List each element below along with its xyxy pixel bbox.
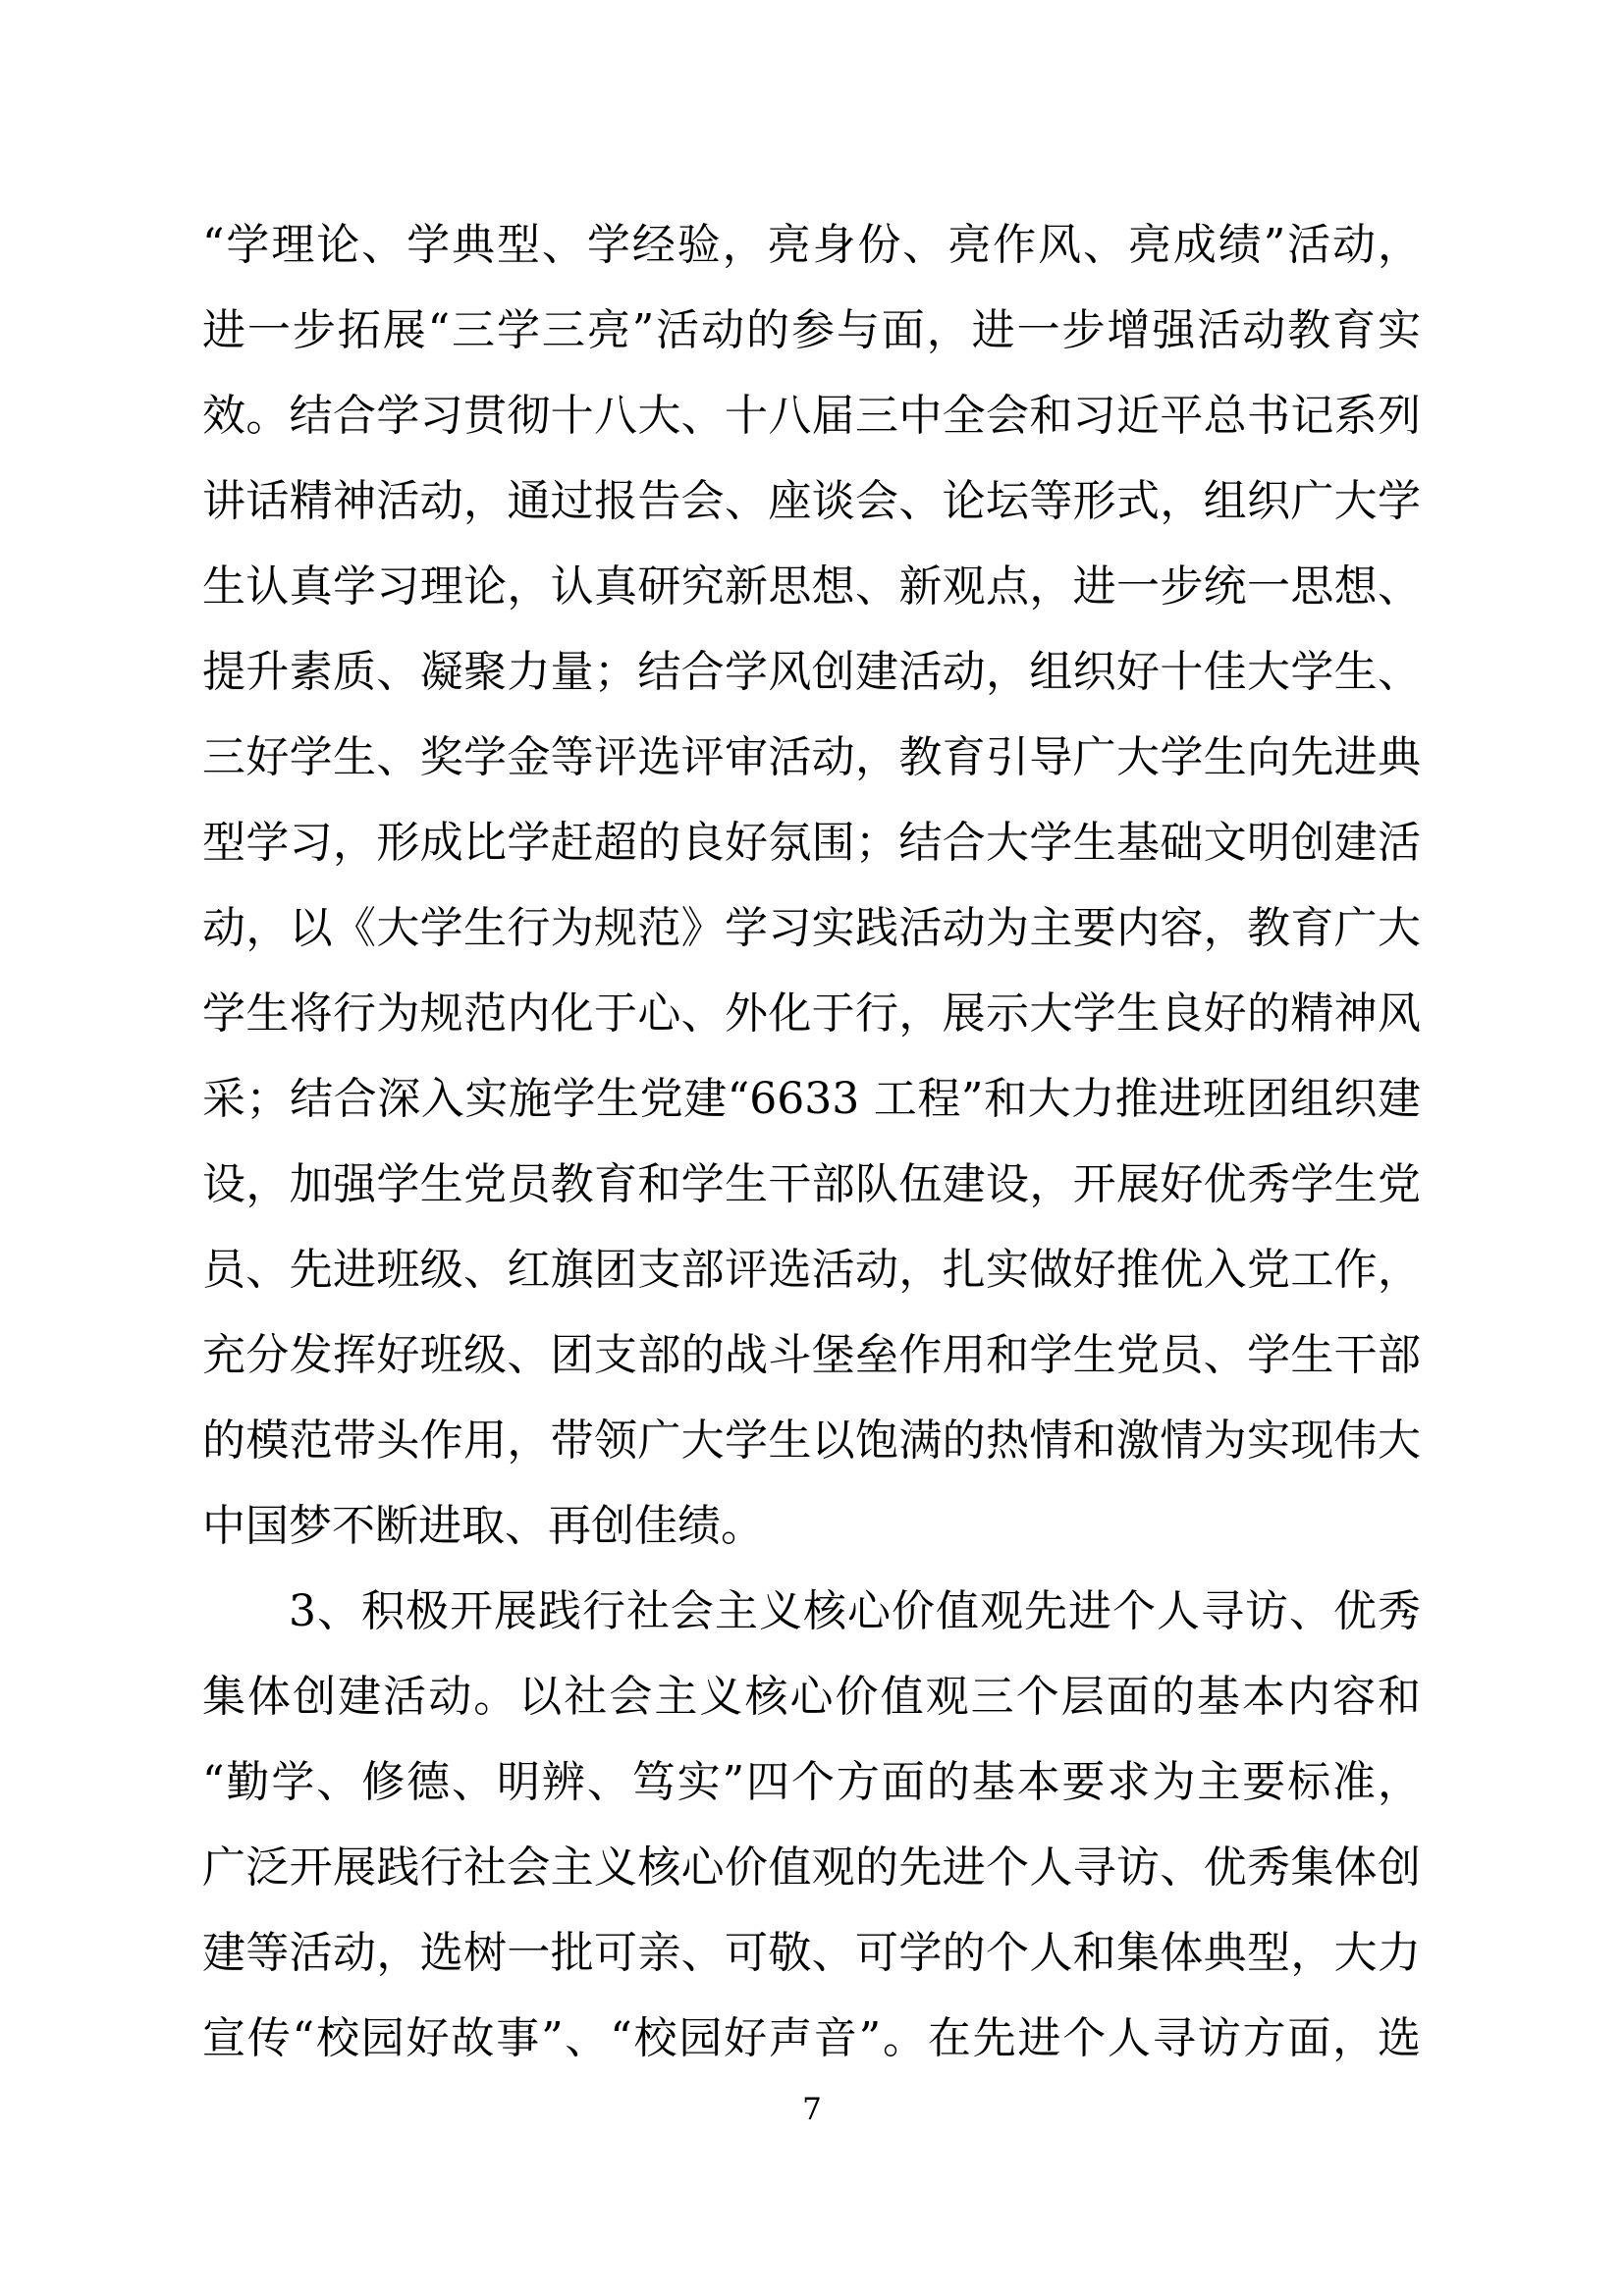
text-line: 讲话精神活动，通过报告会、座谈会、论坛等形式，组织广大学 — [202, 458, 1421, 544]
text-line: 建等活动，选树一批可亲、可敬、可学的个人和集体典型，大力 — [202, 1910, 1421, 1996]
text-line: 的模范带头作用，带领广大学生以饱满的热情和激情为实现伟大 — [202, 1398, 1421, 1483]
text-line: 采；结合深入实施学生党建“6633 工程”和大力推进班团组织建 — [202, 1056, 1421, 1142]
body-text-block: “学理论、学典型、学经验，亮身份、亮作风、亮成绩”活动， 进一步拓展“三学三亮”… — [202, 202, 1421, 2081]
text-line: 广泛开展践行社会主义核心价值观的先进个人寻访、优秀集体创 — [202, 1825, 1421, 1910]
text-line: 型学习，形成比学赶超的良好氛围；结合大学生基础文明创建活 — [202, 800, 1421, 885]
page-number: 7 — [0, 2093, 1624, 2126]
text-line: 动，以《大学生行为规范》学习实践活动为主要内容，教育广大 — [202, 885, 1421, 971]
text-line: “学理论、学典型、学经验，亮身份、亮作风、亮成绩”活动， — [202, 202, 1421, 288]
text-line: 三好学生、奖学金等评选评审活动，教育引导广大学生向先进典 — [202, 715, 1421, 800]
text-line: 设，加强学生党员教育和学生干部队伍建设，开展好优秀学生党 — [202, 1142, 1421, 1227]
text-line: 提升素质、凝聚力量；结合学风创建活动，组织好十佳大学生、 — [202, 629, 1421, 715]
text-line: 员、先进班级、红旗团支部评选活动，扎实做好推优入党工作， — [202, 1227, 1421, 1312]
text-line: “勤学、修德、明辨、笃实”四个方面的基本要求为主要标准， — [202, 1739, 1421, 1825]
text-line: 进一步拓展“三学三亮”活动的参与面，进一步增强活动教育实 — [202, 288, 1421, 373]
text-line: 充分发挥好班级、团支部的战斗堡垒作用和学生党员、学生干部 — [202, 1312, 1421, 1398]
text-line-paragraph-end: 中国梦不断进取、再创佳绩。 — [202, 1483, 1421, 1569]
text-line: 生认真学习理论，认真研究新思想、新观点，进一步统一思想、 — [202, 544, 1421, 629]
text-line-paragraph-start: 3、积极开展践行社会主义核心价值观先进个人寻访、优秀 — [202, 1569, 1421, 1654]
text-line: 效。结合学习贯彻十八大、十八届三中全会和习近平总书记系列 — [202, 373, 1421, 458]
text-line: 宣传“校园好故事”、“校园好声音”。在先进个人寻访方面，选 — [202, 1996, 1421, 2081]
document-page: “学理论、学典型、学经验，亮身份、亮作风、亮成绩”活动， 进一步拓展“三学三亮”… — [0, 0, 1624, 2296]
text-line: 集体创建活动。以社会主义核心价值观三个层面的基本内容和 — [202, 1654, 1421, 1739]
text-line: 学生将行为规范内化于心、外化于行，展示大学生良好的精神风 — [202, 971, 1421, 1056]
